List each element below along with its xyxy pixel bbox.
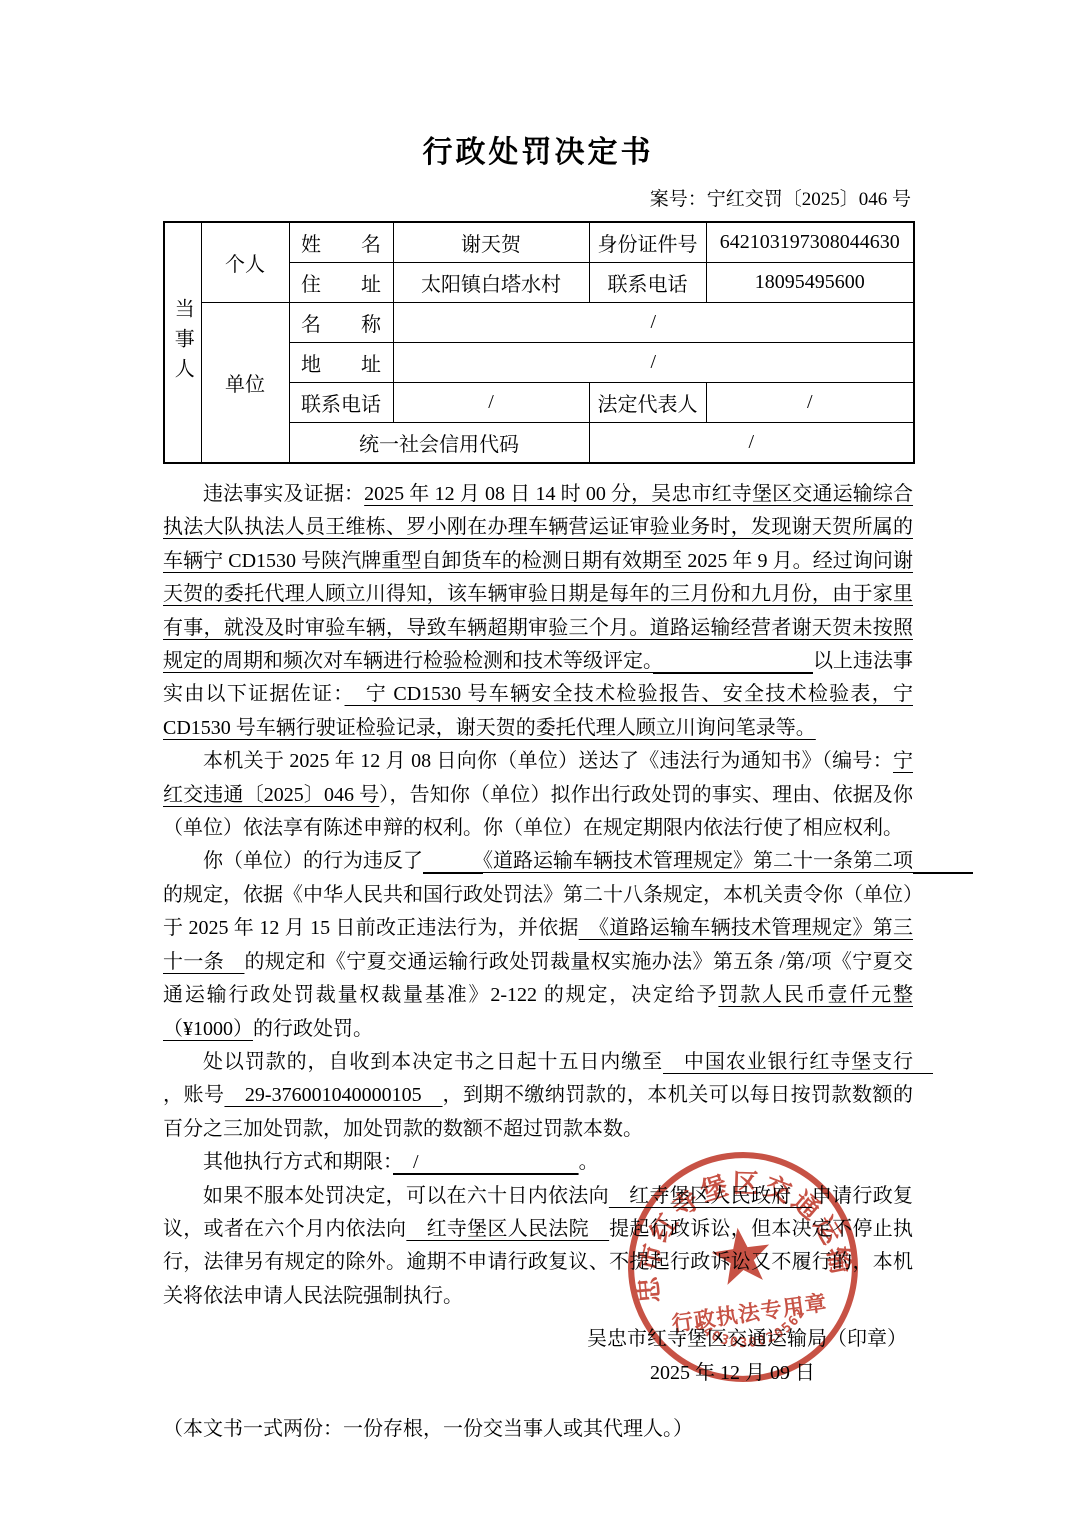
facts-label: 违法事实及证据： bbox=[203, 483, 364, 505]
paragraph-facts-evidence: 违法事实及证据：2025 年 12 月 08 日 14 时 00 分，吴忠市红寺… bbox=[163, 478, 913, 745]
paragraph-payment: 处以罚款的，自收到本决定书之日起十五日内缴至 中国农业银行红寺堡支行 ，账号 2… bbox=[163, 1046, 913, 1146]
facts-filled-text: 2025 年 12 月 08 日 14 时 00 分，吴忠市红寺堡区交通运输综合… bbox=[163, 483, 913, 672]
table-row: 当事人 个人 姓 名 谢天贺 身份证件号 642103197308044630 bbox=[164, 222, 914, 263]
penalty-decision-document: 行政处罚决定书 案号：宁红交罚〔2025〕046 号 当事人 个人 姓 名 谢天… bbox=[0, 0, 1074, 1520]
court-name: 红寺堡区人民法院 bbox=[406, 1218, 609, 1240]
name-label-cell: 姓 名 bbox=[289, 222, 393, 263]
page-title: 行政处罚决定书 bbox=[163, 136, 913, 170]
party-info-table: 当事人 个人 姓 名 谢天贺 身份证件号 642103197308044630 … bbox=[163, 221, 915, 464]
paragraph-violation-basis: 你（单位）的行为违反了 《道路运输车辆技术管理规定》第二十一条第二项 的规定，依… bbox=[163, 845, 913, 1045]
violated-regulation: 《道路运输车辆技术管理规定》第二十一条第二项 bbox=[483, 850, 913, 872]
uscc-label-cell: 统一社会信用代码 bbox=[289, 423, 589, 464]
table-row: 单位 名 称 / bbox=[164, 303, 914, 343]
notice-text: 本机关于 2025 年 12 月 08 日向你（单位）送达了《违法行为通知书》（… bbox=[203, 750, 893, 772]
paragraph-notice: 本机关于 2025 年 12 月 08 日向你（单位）送达了《违法行为通知书》（… bbox=[163, 745, 913, 845]
bank-name: 中国农业银行红寺堡支行 bbox=[663, 1051, 933, 1073]
bank-account: 29-376001040000105 bbox=[224, 1084, 442, 1106]
blank-underline bbox=[423, 850, 483, 872]
org-phone-label-cell: 联系电话 bbox=[289, 383, 393, 423]
violation-text: 的行政处罚。 bbox=[253, 1018, 373, 1040]
legal-rep-label-cell: 法定代表人 bbox=[589, 383, 706, 423]
appeal-text: 如果不服本处罚决定，可以在六十日内依法向 bbox=[203, 1185, 609, 1207]
uscc-value-cell: / bbox=[589, 423, 914, 464]
other-execution-blank: / bbox=[393, 1151, 579, 1173]
person-label-cell: 个人 bbox=[201, 222, 289, 303]
org-label-cell: 单位 bbox=[201, 303, 289, 464]
address-value-cell: 太阳镇白塔水村 bbox=[393, 263, 589, 303]
official-seal: 吴忠市红寺堡区交通运输局 行政执法专用章 6403030020562 bbox=[611, 1135, 875, 1399]
legal-rep-value-cell: / bbox=[706, 383, 914, 423]
star-icon bbox=[709, 1224, 774, 1287]
name-value-cell: 谢天贺 bbox=[393, 222, 589, 263]
footer-note: （本文书一式两份：一份存根，一份交当事人或其代理人。） bbox=[163, 1414, 913, 1444]
party-label-cell: 当事人 bbox=[164, 222, 201, 463]
id-value-cell: 642103197308044630 bbox=[706, 222, 914, 263]
org-address-value-cell: / bbox=[393, 343, 914, 383]
case-number: 案号：宁红交罚〔2025〕046 号 bbox=[163, 188, 913, 212]
address-label-cell: 住 址 bbox=[289, 263, 393, 303]
id-label-cell: 身份证件号 bbox=[589, 222, 706, 263]
payment-text: ，账号 bbox=[163, 1084, 224, 1106]
org-address-label-cell: 地 址 bbox=[289, 343, 393, 383]
payment-text: 处以罚款的，自收到本决定书之日起十五日内缴至 bbox=[203, 1051, 663, 1073]
org-name-value-cell: / bbox=[393, 303, 914, 343]
other-execution-label: 其他执行方式和期限： bbox=[203, 1151, 393, 1173]
phone-label-cell: 联系电话 bbox=[589, 263, 706, 303]
violation-text: 你（单位）的行为违反了 bbox=[203, 850, 423, 872]
blank-underline bbox=[913, 850, 973, 872]
other-execution-text: 。 bbox=[579, 1151, 599, 1173]
phone-value-cell: 18095495600 bbox=[706, 263, 914, 303]
org-name-label-cell: 名 称 bbox=[289, 303, 393, 343]
org-phone-value-cell: / bbox=[393, 383, 589, 423]
blank-underline bbox=[653, 650, 813, 672]
